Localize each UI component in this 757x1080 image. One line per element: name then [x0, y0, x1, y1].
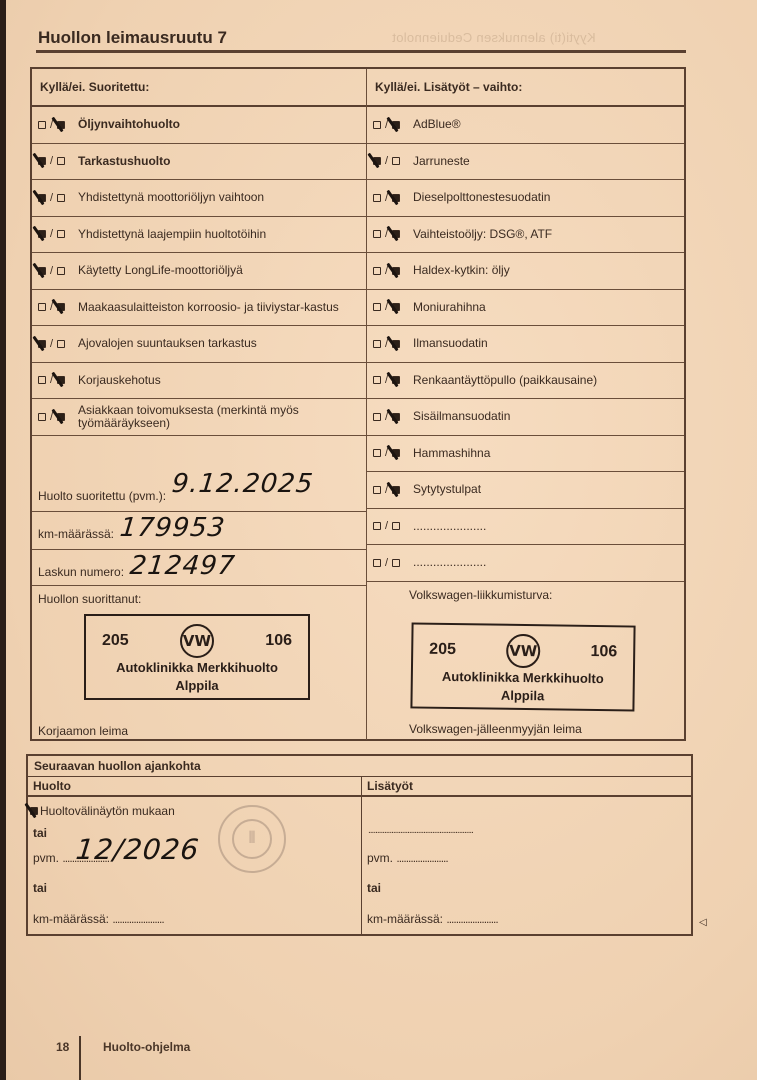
extra-km-label: km-määrässä:	[367, 912, 443, 926]
checkbox-checked-icon[interactable]	[392, 194, 400, 202]
stamp-city: Alppila	[86, 678, 308, 693]
or-label: tai	[33, 881, 47, 895]
extra-work-item-label: Moniurahihna	[413, 301, 486, 314]
checkbox-checked-icon[interactable]	[392, 267, 400, 275]
performed-item-row: /Käytetty LongLife-moottoriöljyä	[32, 253, 366, 290]
checkbox-checked-icon[interactable]	[38, 267, 46, 275]
checkbox-empty-icon[interactable]	[392, 559, 400, 567]
checkbox-empty-icon[interactable]	[373, 376, 381, 384]
checkbox-empty-icon[interactable]	[57, 340, 65, 348]
performed-item-row: /Maakaasulaitteiston korroosio- ja tiivi…	[32, 290, 366, 327]
yes-no-checkboxes: /	[38, 265, 78, 277]
page-number: 18	[56, 1040, 69, 1054]
yes-no-checkboxes: /	[373, 119, 413, 131]
page-title: Huollon leimausruutu 7	[38, 28, 227, 48]
checkbox-checked-icon[interactable]	[38, 157, 46, 165]
extra-work-header: Kyllä/ei. Lisätyöt – vaihto:	[367, 69, 684, 107]
slash-separator: /	[50, 338, 53, 350]
km-row: km-määrässä: 179953	[32, 512, 366, 550]
yes-no-checkboxes: /	[38, 411, 78, 423]
extra-km-dots[interactable]: ......................	[446, 912, 497, 926]
yes-no-checkboxes: /	[38, 301, 78, 313]
performed-item-label: Öljynvaihtohuolto	[78, 118, 180, 131]
dealer-stamp-label: Volkswagen-jälleenmyyjän leima	[409, 722, 582, 736]
extra-work-item-label: Ilmansuodatin	[413, 337, 488, 350]
extra-work-item-label: Hammashihna	[413, 447, 490, 460]
performed-by-label: Huollon suorittanut:	[38, 592, 141, 606]
extra-work-item-label: Vaihteistoöljy: DSG®, ATF	[413, 228, 552, 241]
checkbox-empty-icon[interactable]	[57, 194, 65, 202]
by-indicator-label: Huoltovälinäytön mukaan	[40, 804, 175, 818]
service-date-value[interactable]: 9.12.2025	[171, 471, 315, 497]
book-spine	[0, 0, 6, 1080]
checkbox-checked-icon[interactable]	[392, 413, 400, 421]
section-name: Huolto-ohjelma	[103, 1040, 190, 1054]
checkbox-empty-icon[interactable]	[373, 486, 381, 494]
checkbox-empty-icon[interactable]	[38, 121, 46, 129]
checkbox-checked-icon[interactable]	[392, 340, 400, 348]
checkbox-empty-icon[interactable]	[373, 449, 381, 457]
service-date-label: Huolto suoritettu (pvm.):	[38, 489, 166, 503]
checkbox-empty-icon[interactable]	[57, 157, 65, 165]
stamp-left-number: 205	[429, 640, 456, 658]
extra-work-item-row: /Haldex-kytkin: öljy	[367, 253, 684, 290]
slash-separator: /	[50, 192, 53, 204]
performed-item-label: Asiakkaan toivomuksesta (merkintä myös t…	[78, 404, 366, 430]
extra-work-item-label: Haldex-kytkin: öljy	[413, 264, 510, 277]
invoice-label: Laskun numero:	[38, 565, 124, 579]
checkbox-checked-icon[interactable]	[38, 340, 46, 348]
stamp-workshop-name: Autoklinikka Merkkihuolto	[413, 668, 633, 686]
extra-work-item-row: /Dieselpolttonestesuodatin	[367, 180, 684, 217]
dealer-stamp-area: Volkswagen-liikkumisturva: 205 VW 106 Au…	[367, 582, 684, 740]
checkbox-checked-icon[interactable]	[57, 121, 65, 129]
faint-round-stamp-icon: ⦀	[218, 805, 286, 873]
stamp-right-number: 106	[265, 632, 292, 650]
next-date-label: pvm.	[33, 851, 59, 865]
yes-no-checkboxes: /	[38, 119, 78, 131]
yes-no-checkboxes: /	[38, 338, 78, 350]
checkbox-empty-icon[interactable]	[373, 559, 381, 567]
yes-no-checkboxes: /	[373, 155, 413, 167]
extra-work-item-label: Jarruneste	[413, 155, 470, 168]
next-km-dots[interactable]: ......................	[112, 912, 163, 926]
or-label: tai	[367, 881, 381, 895]
checkbox-checked-icon[interactable]	[57, 303, 65, 311]
stamp-city: Alppila	[413, 686, 633, 704]
extra-work-item-row: /......................	[367, 509, 684, 546]
performed-header: Kyllä/ei. Suoritettu:	[32, 69, 366, 107]
yes-no-checkboxes: /	[373, 447, 413, 459]
checkbox-empty-icon[interactable]	[57, 230, 65, 238]
invoice-row: Laskun numero: 212497	[32, 550, 366, 586]
yes-no-checkboxes: /	[38, 374, 78, 386]
checkbox-empty-icon[interactable]	[373, 267, 381, 275]
continue-triangle-icon: ◁	[699, 917, 707, 928]
workshop-stamp: 205 VW 106 Autoklinikka Merkkihuolto Alp…	[84, 614, 310, 700]
checkbox-empty-icon[interactable]	[373, 522, 381, 530]
extra-date-row: pvm. ......................	[367, 851, 448, 865]
extra-date-label: pvm.	[367, 851, 393, 865]
service-date-row: Huolto suoritettu (pvm.): 9.12.2025	[32, 436, 366, 512]
stamp-right-number: 106	[590, 642, 617, 660]
checkbox-empty-icon[interactable]	[392, 522, 400, 530]
extra-work-item-row: /Moniurahihna	[367, 290, 684, 327]
vw-logo-icon: VW	[180, 624, 214, 658]
service-stamp-table: Kyllä/ei. Suoritettu: /Öljynvaihtohuolto…	[30, 67, 686, 741]
workshop-stamp-label: Korjaamon leima	[38, 724, 128, 738]
performed-column: Kyllä/ei. Suoritettu: /Öljynvaihtohuolto…	[32, 69, 366, 742]
checkbox-empty-icon[interactable]	[38, 303, 46, 311]
checkbox-empty-icon[interactable]	[57, 267, 65, 275]
slash-separator: /	[385, 520, 388, 532]
performed-item-row: /Ajovalojen suuntauksen tarkastus	[32, 326, 366, 363]
yes-no-checkboxes: /	[373, 338, 413, 350]
next-service-column: Huolto Huoltovälinäytön mukaan tai pvm. …	[28, 777, 362, 936]
extra-work-item-row: /AdBlue®	[367, 107, 684, 144]
performed-item-label: Yhdistettynä moottoriöljyn vaihtoon	[78, 191, 264, 204]
bleed-through-text: Kyyti(ti) alennuksen Ceduiennolot	[392, 30, 596, 45]
extra-km-row: km-määrässä: ......................	[367, 912, 498, 926]
checkbox-checked-icon[interactable]	[392, 303, 400, 311]
extra-work-item-label: Renkaantäyttöpullo (paikkausaine)	[413, 374, 597, 387]
next-km-label: km-määrässä:	[33, 912, 109, 926]
yes-no-checkboxes: /	[38, 155, 78, 167]
checkbox-checked-icon[interactable]	[57, 413, 65, 421]
next-extra-column: Lisätyöt ...............................…	[362, 777, 691, 936]
stamp-workshop-name: Autoklinikka Merkkihuolto	[86, 660, 308, 675]
extra-work-item-label: Dieselpolttonestesuodatin	[413, 191, 550, 204]
next-date-value[interactable]: 12/2026	[75, 837, 201, 863]
slash-separator: /	[50, 265, 53, 277]
extra-work-item-label: ......................	[413, 556, 486, 569]
yes-no-checkboxes: /	[373, 192, 413, 204]
by-indicator-option[interactable]: Huoltovälinäytön mukaan	[30, 804, 175, 818]
checkbox-empty-icon[interactable]	[373, 230, 381, 238]
performed-item-label: Tarkastushuolto	[78, 155, 170, 168]
km-value[interactable]: 179953	[119, 515, 227, 541]
checkbox-checked-icon[interactable]	[38, 230, 46, 238]
extra-work-item-row: /Hammashihna	[367, 436, 684, 473]
performed-item-label: Ajovalojen suuntauksen tarkastus	[78, 337, 257, 350]
slash-separator: /	[50, 228, 53, 240]
next-extra-header: Lisätyöt	[362, 777, 691, 797]
checkbox-empty-icon[interactable]	[373, 413, 381, 421]
slash-separator: /	[385, 557, 388, 569]
checkbox-checked-icon[interactable]	[392, 486, 400, 494]
extra-date-dots[interactable]: ......................	[396, 851, 447, 865]
dealer-stamp: 205 VW 106 Autoklinikka Merkkihuolto Alp…	[410, 622, 635, 711]
checkbox-checked-icon[interactable]	[57, 376, 65, 384]
yes-no-checkboxes: /	[373, 520, 413, 532]
performed-item-row: /Öljynvaihtohuolto	[32, 107, 366, 144]
performed-item-label: Maakaasulaitteiston korroosio- ja tiiviy…	[78, 301, 339, 314]
yes-no-checkboxes: /	[373, 301, 413, 313]
km-label: km-määrässä:	[38, 527, 114, 541]
footer-divider	[79, 1036, 81, 1080]
stamp-left-number: 205	[102, 632, 129, 650]
checkbox-empty-icon[interactable]	[373, 194, 381, 202]
checkbox-empty-icon[interactable]	[373, 340, 381, 348]
checkbox-checked-icon[interactable]	[392, 230, 400, 238]
extra-work-item-label: Sisäilmansuodatin	[413, 410, 510, 423]
next-service-header: Huolto	[28, 777, 361, 797]
performed-item-label: Yhdistettynä laajempiin huoltotöihin	[78, 228, 266, 241]
performed-item-label: Käytetty LongLife-moottoriöljyä	[78, 264, 243, 277]
yes-no-checkboxes: /	[373, 265, 413, 277]
checkbox-checked-icon[interactable]	[373, 157, 381, 165]
extra-work-item-row: /Ilmansuodatin	[367, 326, 684, 363]
title-rule	[36, 50, 686, 53]
performed-item-row: /Tarkastushuolto	[32, 144, 366, 181]
extra-work-item-label: ......................	[413, 520, 486, 533]
performed-item-row: /Yhdistettynä laajempiin huoltotöihin	[32, 217, 366, 254]
extra-work-item-row: /Jarruneste	[367, 144, 684, 181]
checkbox-checked-icon[interactable]	[30, 807, 38, 815]
guarantee-label: Volkswagen-liikkumisturva:	[409, 588, 552, 602]
slash-separator: /	[385, 155, 388, 167]
extra-work-item-row: /Sisäilmansuodatin	[367, 399, 684, 436]
extra-line-dots[interactable]: ........................................…	[368, 825, 473, 836]
checkbox-checked-icon[interactable]	[392, 376, 400, 384]
yes-no-checkboxes: /	[373, 484, 413, 496]
performed-item-label: Korjauskehotus	[78, 374, 161, 387]
next-service-table: Seuraavan huollon ajankohta Huolto Huolt…	[26, 754, 693, 936]
workshop-stamp-area: Huollon suorittanut: 205 VW 106 Autoklin…	[32, 586, 366, 742]
checkbox-empty-icon[interactable]	[38, 376, 46, 384]
slash-separator: /	[50, 155, 53, 167]
performed-item-row: /Asiakkaan toivomuksesta (merkintä myös …	[32, 399, 366, 436]
extra-work-item-row: /Sytytystulpat	[367, 472, 684, 509]
checkbox-empty-icon[interactable]	[392, 157, 400, 165]
extra-work-item-label: AdBlue®	[413, 118, 461, 131]
checkbox-empty-icon[interactable]	[373, 121, 381, 129]
extra-work-item-row: /Renkaantäyttöpullo (paikkausaine)	[367, 363, 684, 400]
vw-logo-icon: VW	[506, 633, 540, 667]
invoice-value[interactable]: 212497	[129, 553, 237, 579]
yes-no-checkboxes: /	[373, 557, 413, 569]
yes-no-checkboxes: /	[373, 411, 413, 423]
checkbox-empty-icon[interactable]	[38, 413, 46, 421]
checkbox-empty-icon[interactable]	[373, 303, 381, 311]
checkbox-checked-icon[interactable]	[392, 449, 400, 457]
yes-no-checkboxes: /	[373, 374, 413, 386]
performed-item-row: /Yhdistettynä moottoriöljyn vaihtoon	[32, 180, 366, 217]
next-km-row: km-määrässä: ......................	[33, 912, 164, 926]
yes-no-checkboxes: /	[38, 192, 78, 204]
checkbox-checked-icon[interactable]	[38, 194, 46, 202]
checkbox-checked-icon[interactable]	[392, 121, 400, 129]
extra-work-item-row: /Vaihteistoöljy: DSG®, ATF	[367, 217, 684, 254]
extra-work-column: Kyllä/ei. Lisätyöt – vaihto: /AdBlue®/Ja…	[366, 69, 684, 740]
extra-work-item-label: Sytytystulpat	[413, 483, 481, 496]
extra-work-item-row: /......................	[367, 545, 684, 582]
next-service-title: Seuraavan huollon ajankohta	[28, 756, 691, 777]
or-label: tai	[33, 826, 47, 840]
performed-item-row: /Korjauskehotus	[32, 363, 366, 400]
yes-no-checkboxes: /	[373, 228, 413, 240]
yes-no-checkboxes: /	[38, 228, 78, 240]
